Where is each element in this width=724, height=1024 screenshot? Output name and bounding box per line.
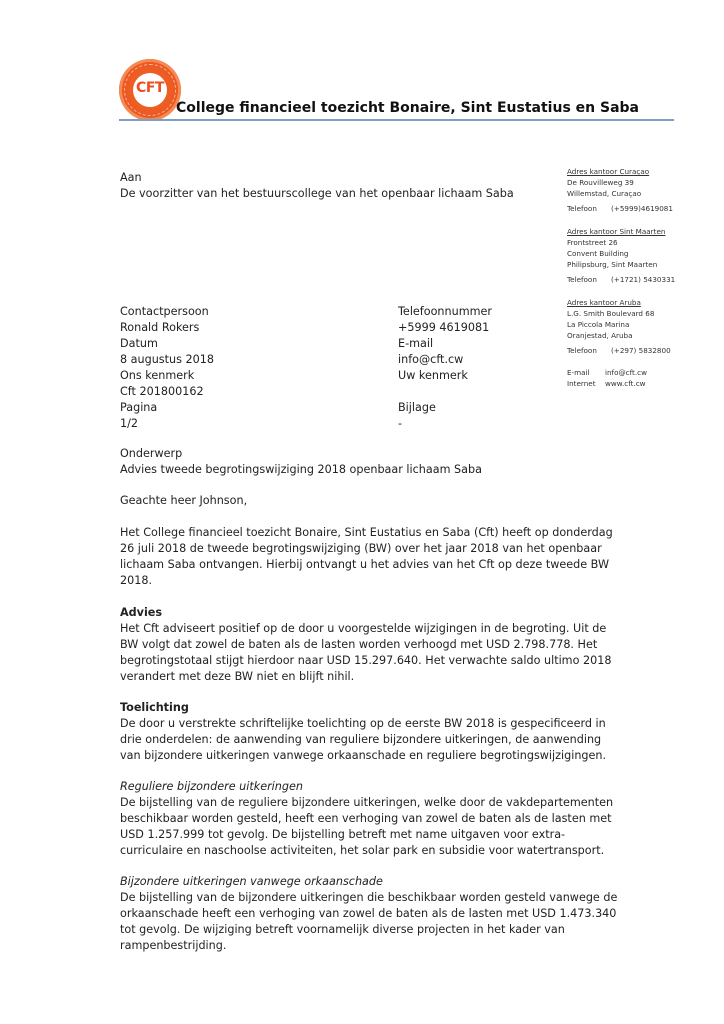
office-phone: (+1721) 5430331 — [611, 274, 675, 285]
bijlage-value: - — [398, 416, 492, 432]
internet-label: Internet — [567, 378, 605, 389]
meta-left: Contactpersoon Ronald Rokers Datum 8 aug… — [120, 304, 214, 432]
addressee-value: De voorzitter van het bestuurscollege va… — [120, 187, 514, 201]
pagina-value: 1/2 — [120, 416, 214, 432]
section-heading: Advies — [120, 605, 620, 621]
bijlage-label: Bijlage — [398, 400, 492, 416]
ons-kenmerk-value: Cft 201800162 — [120, 384, 214, 400]
office-line: L.G. Smith Boulevard 68 — [567, 308, 671, 319]
addressee-label: Aan — [120, 171, 142, 185]
subject-value: Advies tweede begrotingswijziging 2018 o… — [120, 463, 482, 477]
website-link[interactable]: www.cft.cw — [605, 378, 646, 389]
office-line: La Piccola Marina — [567, 319, 671, 330]
cft-logo: CFT — [119, 59, 181, 121]
subject-label: Onderwerp — [120, 447, 182, 461]
logo-text: CFT — [119, 80, 181, 96]
office-title: Adres kantoor Aruba — [567, 297, 671, 308]
telefoon-value: +5999 4619081 — [398, 320, 492, 336]
office-phone: (+297) 5832800 — [611, 345, 671, 356]
section-orkaanschade: Bijzondere uitkeringen vanwege orkaansch… — [120, 874, 620, 954]
section-heading: Reguliere bijzondere uitkeringen — [120, 779, 620, 795]
office-phone: (+5999)4619081 — [611, 203, 673, 214]
header-rule — [119, 119, 674, 121]
contactpersoon-value: Ronald Rokers — [120, 320, 214, 336]
email-label: E-mail — [567, 367, 605, 378]
office-title: Adres kantoor Curaçao — [567, 166, 673, 177]
section-heading: Toelichting — [120, 700, 620, 716]
section-body: De door u verstrekte schriftelijke toeli… — [120, 716, 620, 764]
contactpersoon-label: Contactpersoon — [120, 304, 214, 320]
section-toelichting: Toelichting De door u verstrekte schrift… — [120, 700, 620, 764]
office-line: Philipsburg, Sint Maarten — [567, 259, 675, 270]
office-line: Oranjestad, Aruba — [567, 330, 671, 341]
phone-label: Telefoon — [567, 345, 611, 356]
contact-block: E-mail info@cft.cw Internet www.cft.cw — [567, 367, 647, 389]
office-curacao: Adres kantoor Curaçao De Rouvilleweg 39 … — [567, 166, 673, 214]
section-advies: Advies Het Cft adviseert positief op de … — [120, 605, 620, 685]
office-sint-maarten: Adres kantoor Sint Maarten Frontstreet 2… — [567, 226, 675, 285]
office-line: Frontstreet 26 — [567, 237, 675, 248]
section-body: De bijstelling van de reguliere bijzonde… — [120, 795, 620, 859]
telefoon-label: Telefoonnummer — [398, 304, 492, 320]
intro-text: Het College financieel toezicht Bonaire,… — [120, 525, 620, 589]
office-line: Willemstad, Curaçao — [567, 188, 673, 199]
office-aruba: Adres kantoor Aruba L.G. Smith Boulevard… — [567, 297, 671, 356]
office-title: Adres kantoor Sint Maarten — [567, 226, 675, 237]
salutation: Geachte heer Johnson, — [120, 494, 247, 508]
phone-label: Telefoon — [567, 203, 611, 214]
section-body: De bijstelling van de bijzondere uitkeri… — [120, 890, 620, 954]
datum-label: Datum — [120, 336, 214, 352]
office-line: De Rouvilleweg 39 — [567, 177, 673, 188]
uw-kenmerk-value — [398, 384, 492, 400]
org-title: College financieel toezicht Bonaire, Sin… — [176, 100, 639, 116]
office-line: Convent Building — [567, 248, 675, 259]
email-label: E-mail — [398, 336, 492, 352]
datum-value: 8 augustus 2018 — [120, 352, 214, 368]
section-body: Het Cft adviseert positief op de door u … — [120, 621, 620, 685]
ons-kenmerk-label: Ons kenmerk — [120, 368, 214, 384]
uw-kenmerk-label: Uw kenmerk — [398, 368, 492, 384]
section-heading: Bijzondere uitkeringen vanwege orkaansch… — [120, 874, 620, 890]
pagina-label: Pagina — [120, 400, 214, 416]
meta-right: Telefoonnummer +5999 4619081 E-mail info… — [398, 304, 492, 432]
intro-paragraph: Het College financieel toezicht Bonaire,… — [120, 525, 620, 589]
email-value: info@cft.cw — [398, 352, 492, 368]
section-reguliere-uitkeringen: Reguliere bijzondere uitkeringen De bijs… — [120, 779, 620, 859]
phone-label: Telefoon — [567, 274, 611, 285]
email-link[interactable]: info@cft.cw — [605, 367, 647, 378]
